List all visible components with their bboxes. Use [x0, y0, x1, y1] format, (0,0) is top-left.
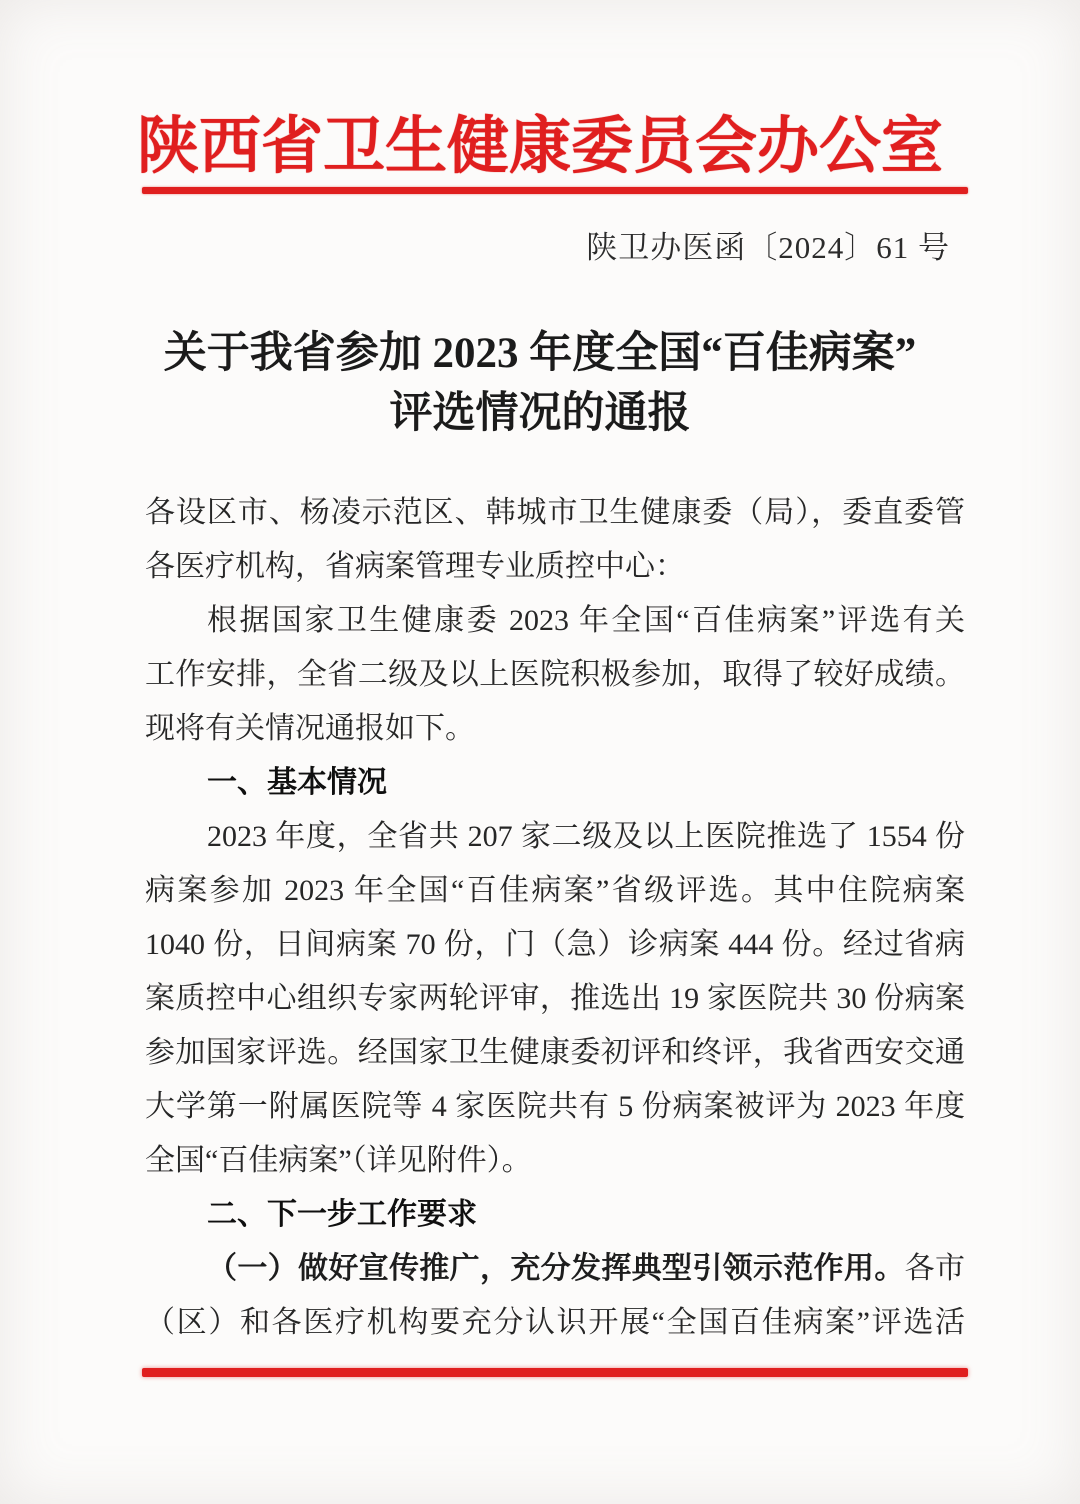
document-title-line-1: 关于我省参加 2023 年度全国“百佳病案”: [0, 324, 1080, 384]
body-line: 各医疗机构，省病案管理专业质控中心：: [145, 540, 965, 594]
body-line: 1040 份，日间病案 70 份，门（急）诊病案 444 份。经过省病: [145, 918, 965, 972]
subsection-lead: （一）做好宣传推广，充分发挥典型引领示范作用。: [207, 1252, 905, 1285]
agency-letterhead: 陕西省卫生健康委员会办公室: [0, 96, 1080, 185]
document-body: 各设区市、杨凌示范区、韩城市卫生健康委（局），委直委管 各医疗机构，省病案管理专…: [145, 486, 965, 1350]
body-line: 病案参加 2023 年全国“百佳病案”省级评选。其中住院病案: [145, 864, 965, 918]
section-heading-1: 一、基本情况: [145, 756, 965, 810]
body-line: 工作安排，全省二级及以上医院积极参加，取得了较好成绩。: [145, 648, 965, 702]
document-title: 关于我省参加 2023 年度全国“百佳病案” 评选情况的通报: [0, 324, 1080, 444]
body-line: 全国“百佳病案”（详见附件）。: [145, 1134, 965, 1188]
body-line: 各设区市、杨凌示范区、韩城市卫生健康委（局），委直委管: [145, 486, 965, 540]
body-line: 2023 年度，全省共 207 家二级及以上医院推选了 1554 份: [145, 810, 965, 864]
letterhead-red-rule: [142, 187, 968, 194]
body-line: （区）和各医疗机构要充分认识开展“全国百佳病案”评选活: [145, 1296, 965, 1350]
body-line: 案质控中心组织专家两轮评审，推选出 19 家医院共 30 份病案: [145, 972, 965, 1026]
bottom-red-rule: [142, 1368, 968, 1377]
body-line: （一）做好宣传推广，充分发挥典型引领示范作用。各市: [145, 1242, 965, 1296]
body-line: 现将有关情况通报如下。: [145, 702, 965, 756]
section-heading-2: 二、下一步工作要求: [145, 1188, 965, 1242]
body-line: 参加国家评选。经国家卫生健康委初评和终评，我省西安交通: [145, 1026, 965, 1080]
body-line-continuation: 各市: [905, 1252, 965, 1285]
document-title-line-2: 评选情况的通报: [0, 384, 1080, 444]
document-number: 陕卫办医函〔2024〕61 号: [0, 222, 950, 267]
body-line: 根据国家卫生健康委 2023 年全国“百佳病案”评选有关: [145, 594, 965, 648]
body-line: 大学第一附属医院等 4 家医院共有 5 份病案被评为 2023 年度: [145, 1080, 965, 1134]
